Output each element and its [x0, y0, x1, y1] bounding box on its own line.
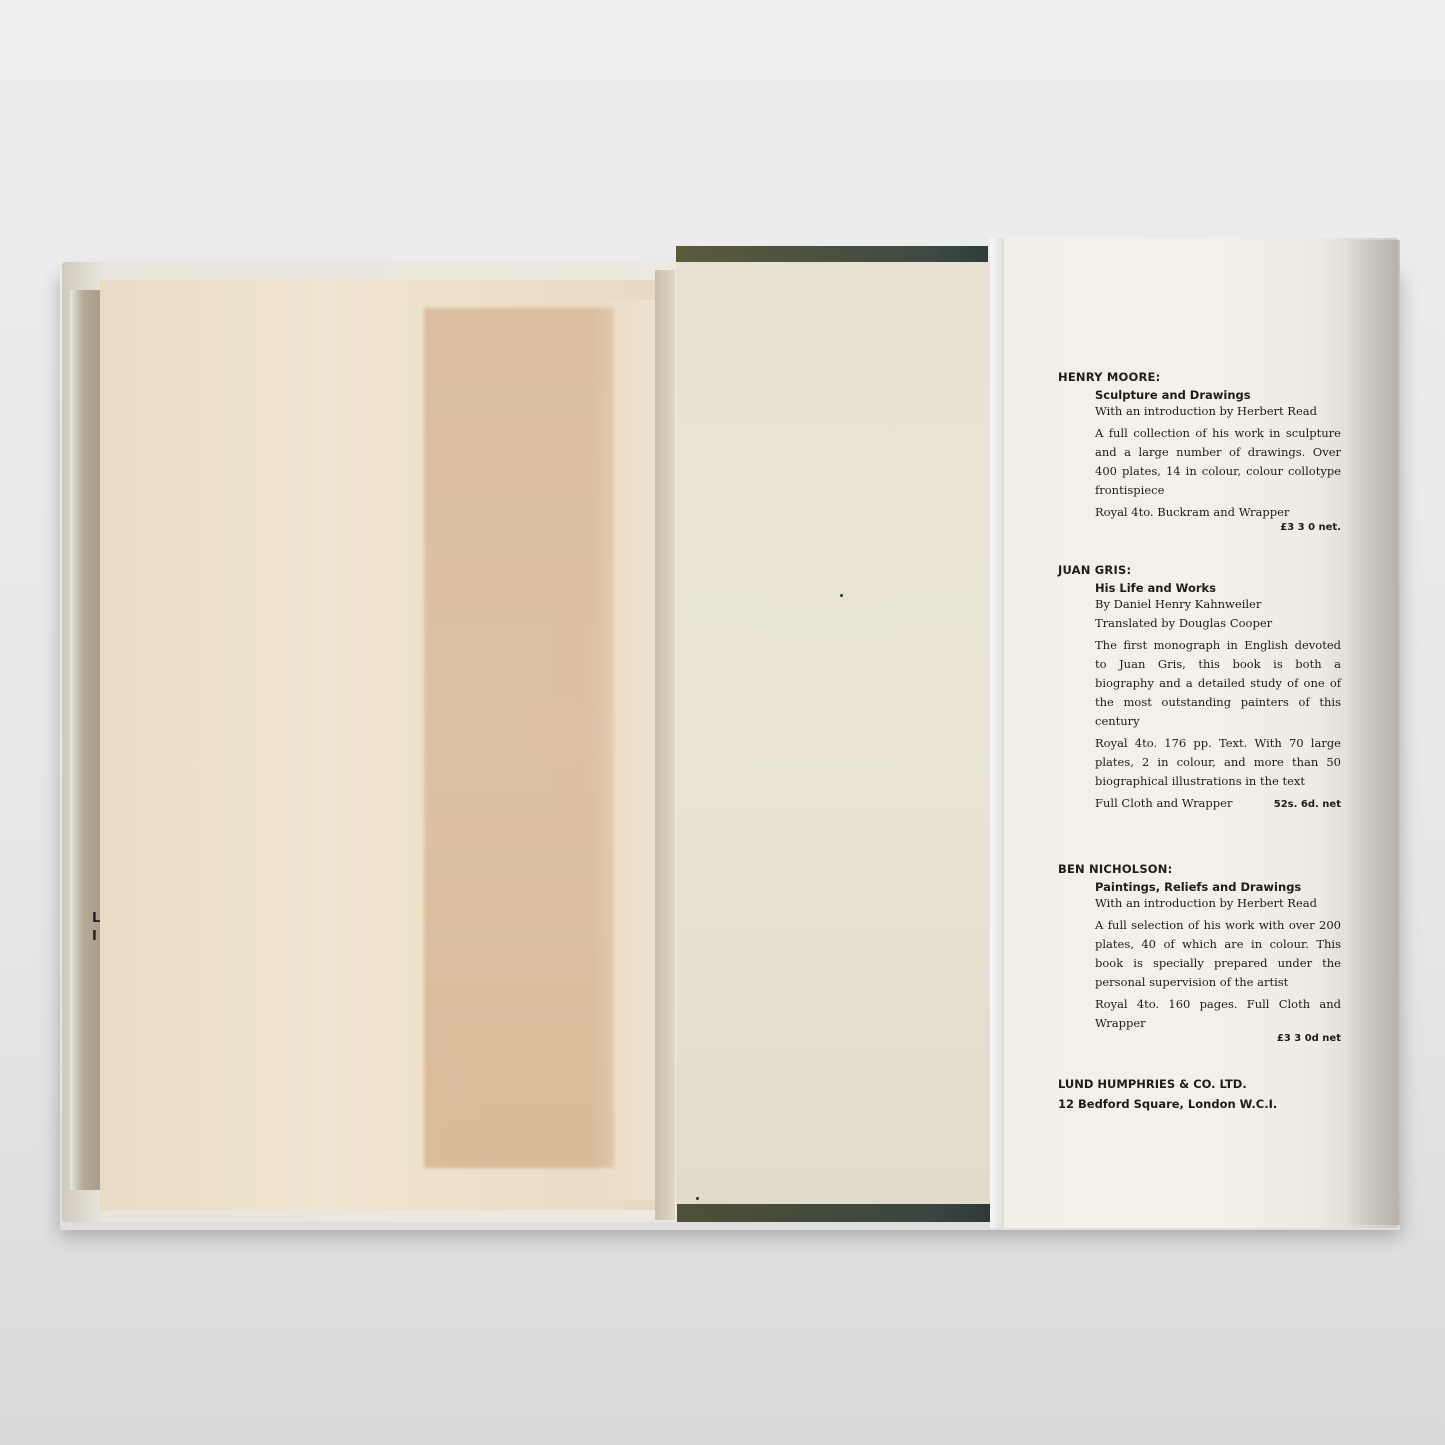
offset-stain [424, 308, 614, 1168]
listing-format: Full Cloth and Wrapper [1095, 794, 1232, 813]
gutter [655, 270, 675, 1220]
listing-details: Royal 4to. 176 pp. Text. With 70 large p… [1095, 734, 1341, 791]
publisher-address: 12 Bedford Square, London W.C.I. [1058, 1094, 1341, 1114]
listing-format: Royal 4to. 160 pages. Full Cloth and Wra… [1095, 995, 1341, 1033]
book-listing-henry-moore: HENRY MOORE: Sculpture and Drawings With… [1058, 370, 1341, 533]
flap-fold-crease [990, 238, 1004, 1228]
pastedown-board [676, 262, 990, 1206]
book-listing-juan-gris: JUAN GRIS: His Life and Works By Daniel … [1058, 563, 1341, 814]
listing-title: Paintings, Reliefs and Drawings [1095, 880, 1341, 894]
listing-credit: With an introduction by Herbert Read [1095, 894, 1341, 913]
flap-edge-shadow [1345, 240, 1400, 1225]
publisher-imprint: LUND HUMPHRIES & CO. LTD. 12 Bedford Squ… [1058, 1074, 1341, 1114]
listing-title: His Life and Works [1095, 581, 1341, 595]
publisher-name: LUND HUMPHRIES & CO. LTD. [1058, 1074, 1341, 1094]
cloth-binding-bottom [677, 1204, 997, 1222]
listing-credit: With an introduction by Herbert Read [1095, 402, 1341, 421]
listing-format: Royal 4to. Buckram and Wrapper [1095, 503, 1341, 522]
foxing-spot [696, 1197, 699, 1200]
listing-author: JUAN GRIS: [1058, 563, 1341, 577]
listing-price: £3 3 0 net. [1095, 522, 1341, 533]
foxing-spot [840, 594, 843, 597]
book-listing-ben-nicholson: BEN NICHOLSON: Paintings, Reliefs and Dr… [1058, 862, 1341, 1044]
listing-description: The first monograph in English devoted t… [1095, 636, 1341, 731]
listing-title: Sculpture and Drawings [1095, 388, 1341, 402]
listing-description: A full selection of his work with over 2… [1095, 916, 1341, 992]
listing-author: BEN NICHOLSON: [1058, 862, 1341, 876]
listing-description: A full collection of his work in sculptu… [1095, 424, 1341, 500]
jacket-spine-fold [70, 290, 102, 1190]
listing-price: £3 3 0d net [1095, 1033, 1341, 1044]
listing-price: 52s. 6d. net [1274, 795, 1341, 814]
listing-credit: Translated by Douglas Cooper [1095, 614, 1341, 633]
listing-author: HENRY MOORE: [1058, 370, 1341, 384]
listing-credit: By Daniel Henry Kahnweiler [1095, 595, 1341, 614]
flap-text: HENRY MOORE: Sculpture and Drawings With… [1058, 370, 1341, 1114]
